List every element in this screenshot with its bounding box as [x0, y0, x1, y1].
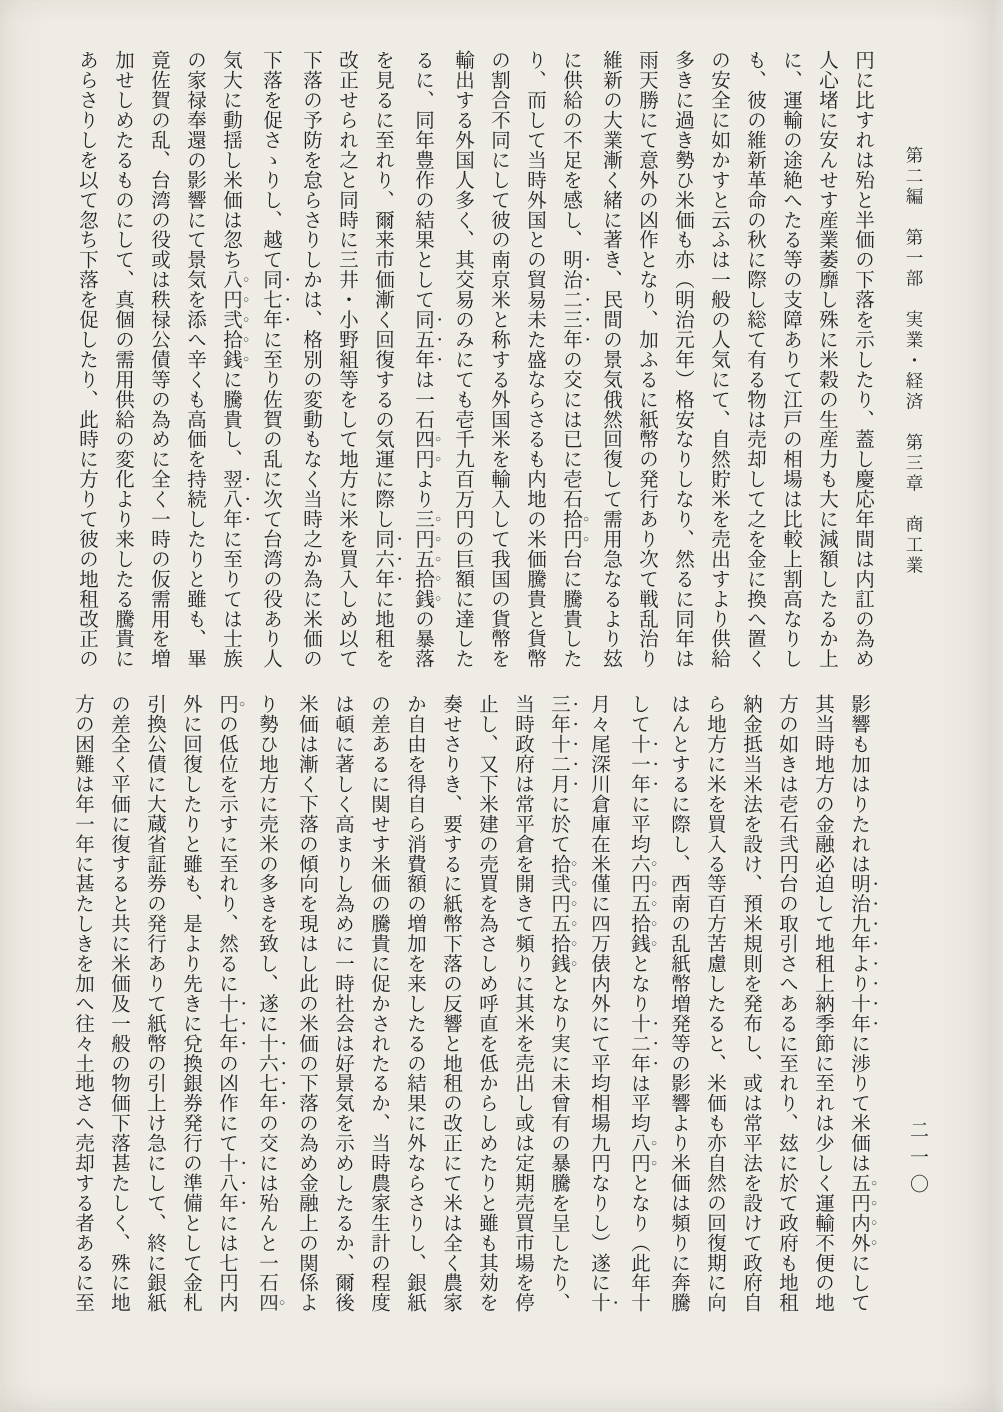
text-column: 改正せられ之と同時に三井・小野組等をして地方に米を買入しめ以て	[328, 50, 364, 674]
emphasis-dot-run: 十	[588, 1293, 609, 1313]
emphasis-dot-run: 明治二三年	[560, 250, 581, 350]
text-column: に、運輸の途絶へたる等の支障ありて江戸の相場は比較上割高なりし	[772, 50, 808, 674]
text-column: 奏せさりき、要するに紙幣下落の反響と地租の改正にて米は全く農家	[432, 694, 468, 1318]
emphasis-circle-run: 四円	[412, 429, 433, 469]
text-column: あらさりしを以て忽ち下落を促したり、此時に方りて彼の地租改正の	[68, 50, 104, 674]
emphasis-circle-run: 三円五拾銭	[412, 509, 433, 609]
text-column: 引換公債に大蔵省証券の発行ありて紙幣の引上け急にして、終に銀紙	[136, 694, 172, 1318]
emphasis-circle-run: 六円五拾銭	[628, 854, 649, 954]
text-column: の差全く平価に復すると共に米価及一般の物価下落甚たしく、殊に地	[100, 694, 136, 1318]
text-column: も、彼の維新革命の秋に際し総て有る物は売却して之を金に換へ置く	[736, 50, 772, 674]
text-column: ら地方に米を買入る等百方苦慮したると、米価も亦自然の回復期に向	[696, 694, 732, 1318]
text-column: り勢ひ地方に売米の多きを致し、遂に十六七年の交には殆んと一石四	[248, 694, 288, 1318]
emphasis-dot-run: 翌八年	[220, 469, 241, 529]
text-column: 多きに過き勢ひ米価も亦（明治元年）格安なりしなり、然るに同年は	[664, 50, 700, 674]
emphasis-dot-run: 三年十二月	[548, 694, 569, 794]
text-column: 月々尾深川倉庫在米僅に四万俵内外にて平均相場九円なりし）遂に十	[580, 694, 620, 1318]
text-column: 方の如きは壱石弐円台の取引さへあるに至れり、玆に於て政府も地租	[768, 694, 804, 1318]
text-column: 当時政府は常平倉を開きて頻りに其米を売出し或は定期売買市場を停	[504, 694, 540, 1318]
emphasis-dot-run: 十二年	[628, 1013, 649, 1073]
text-column: の差あるに関せす米価の騰貴に促かされたるか、当時農家生計の程度	[360, 694, 396, 1318]
text-column: るに、同年豊作の結果として同五年は一石四円より三円五拾銭の暴落	[404, 50, 444, 674]
text-column: 雨天勝にて意外の凶作となり、加ふるに紙幣の発行あり次て戦乱治り	[628, 50, 664, 674]
emphasis-dot-run: 十一年	[628, 734, 649, 794]
emphasis-circle-run: 八円弐拾銭	[220, 269, 241, 369]
emphasis-circle-run: 四	[256, 1293, 277, 1313]
text-column: 気大に動揺し米価は忽ち八円弐拾銭に騰貴し、翌八年に至りては士族	[212, 50, 252, 674]
text-column: の割合不同にして彼の南京米と称する外国米を輸入して我国の貨幣を	[480, 50, 516, 674]
text-column: 止し、又下米建の売買を為さしめ呼直を低からしめたりと雖も其効を	[468, 694, 504, 1318]
text-column: の家禄奉還の影響にて景気を添へ辛くも高価を持続したりと雖も、畢	[176, 50, 212, 674]
text-column: 米価は漸く下落の傾向を現はし此の米価の下落の為め金融上の関係よ	[288, 694, 324, 1318]
text-column: 円に比すれは殆と半価の下落を示したり、蓋し慶応年間は内訌の為め	[844, 50, 880, 674]
text-column: 外に回復したりと雖も、是より先きに兌換銀券発行の準備として金札	[172, 694, 208, 1318]
emphasis-dot-run: 十八年	[216, 1153, 237, 1213]
text-column: 下落を促さゝりし、越て同七年に至り佐賀の乱に次て台湾の役あり人	[252, 50, 292, 674]
emphasis-dot-run: 同五年	[412, 309, 433, 369]
text-column: 輸出する外国人多く、其交易のみにても壱千九百万円の巨額に達した	[444, 50, 480, 674]
emphasis-dot-run: 十七年	[216, 993, 237, 1053]
text-column: か自由を得自ら消費額の増加を来したるの結果に外ならさりし、銀紙	[396, 694, 432, 1318]
lower-text-block: 影響も加はりたれは明治九年より十年に渉りて米価は五円内外にして其当時地方の金融必…	[64, 694, 880, 1318]
text-column: の安全に如かすと云ふは一般の人気にて、自然貯米を売出すより供給	[700, 50, 736, 674]
text-column: 納金抵当米法を設け、預米規則を発布し、或は常平法を設けて政府自	[732, 694, 768, 1318]
text-column: はんとするに際し、西南の乱紙幣増発等の影響より米価は頻りに奔騰	[660, 694, 696, 1318]
text-column: 影響も加はりたれは明治九年より十年に渉りて米価は五円内外にして	[840, 694, 880, 1318]
text-column: り、而して当時外国との貿易未た盛ならさるも内地の米価騰貴と貨幣	[516, 50, 552, 674]
emphasis-dot-run: 明治九年より十年	[848, 874, 869, 1034]
emphasis-dot-run: 同六年	[372, 529, 393, 589]
text-column: に供給の不足を感し、明治二三年の交には已に壱石拾円台に騰貴した	[552, 50, 592, 674]
emphasis-dot-run: 同七年	[260, 269, 281, 329]
text-column: は頓に著しく高まりし為めに一時社会は好景気を示めしたるか、爾後	[324, 694, 360, 1318]
text-column: を見るに至れり、爾来市価漸く回復するの気運に際し同六年に地租を	[364, 50, 404, 674]
text-column: 円の低位を示すに至れり、然るに十七年の凶作にて十八年には七円内	[208, 694, 248, 1318]
text-column: 竟佐賀の乱、台湾の役或は秩禄公債等の為めに全く一時の仮需用を増	[140, 50, 176, 674]
emphasis-circle-run: 八円	[628, 1133, 649, 1173]
text-column: 下落の予防を怠らさりしかは、格別の変動もなく当時之か為に米価の	[292, 50, 328, 674]
text-column: 三年十二月に於て拾弐円五拾銭となり実に未曾有の暴騰を呈したり、	[540, 694, 580, 1318]
emphasis-circle-run: 拾弐円五拾銭	[548, 854, 569, 974]
text-column: 維新の大業漸く緒に著き、民間の景気俄然回復して需用急なるより玆	[592, 50, 628, 674]
text-column: して十一年に平均六円五拾銭となり十二年は平均八円となり（此年十	[620, 694, 660, 1318]
text-column: 方の困難は年一年に甚たしきを加へ往々土地さへ売却する者あるに至	[64, 694, 100, 1318]
emphasis-dot-run: 十六七年	[256, 1033, 277, 1113]
running-head: 第二編 第一部 実業・経済 第三章 商工業	[902, 146, 927, 576]
text-column: 加せしめたるものにして、真個の需用供給の変化より来したる騰貴に	[104, 50, 140, 674]
emphasis-circle-run: 五円内外	[848, 1173, 869, 1253]
emphasis-circle-run: 円	[216, 694, 237, 714]
page-number: 二一〇	[904, 1120, 931, 1201]
upper-text-block: 円に比すれは殆と半価の下落を示したり、蓋し慶応年間は内訌の為め人心堵に安んせす産…	[68, 50, 880, 674]
text-column: 其当時地方の金融必迫して地租上納季節に至れは少しく運輸不便の地	[804, 694, 840, 1318]
emphasis-circle-run: 拾円	[560, 509, 581, 549]
text-column: 人心堵に安んせす産業萎靡し殊に米穀の生産力も大に減額したるか上	[808, 50, 844, 674]
book-page: 第二編 第一部 実業・経済 第三章 商工業 二一〇 円に比すれは殆と半価の下落を…	[0, 0, 1003, 1412]
